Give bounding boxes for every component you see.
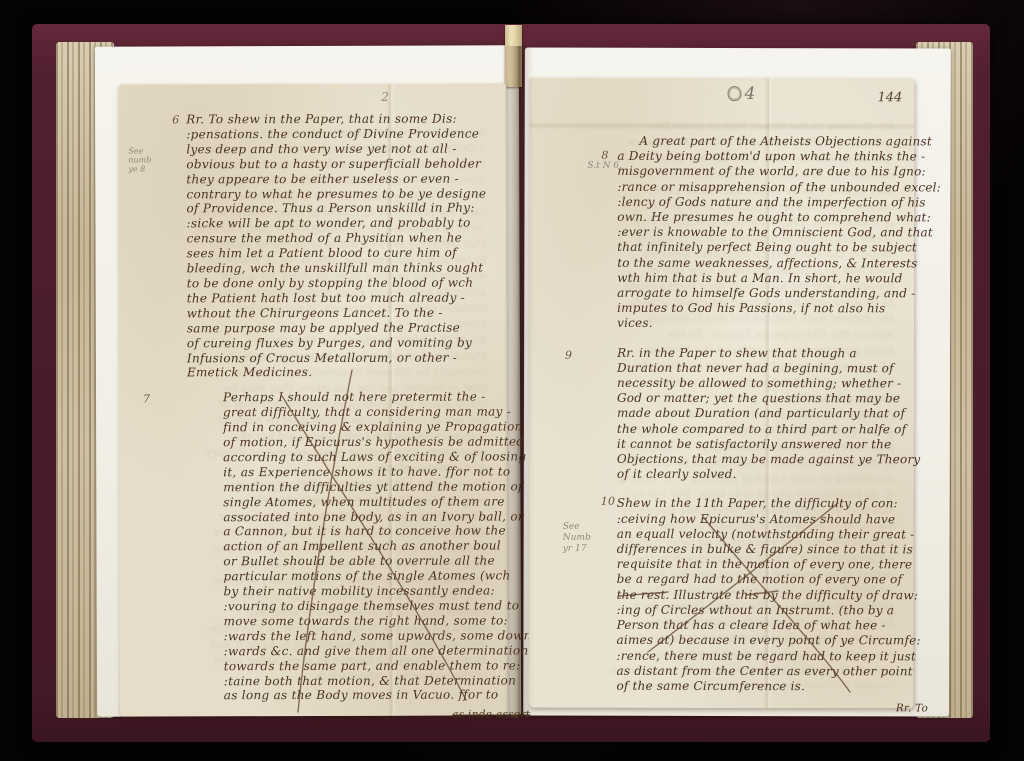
manuscript-line: :ever is knowable to the Omniscient God,… (617, 225, 941, 241)
manuscript-line: or Bullet should be able to overrule all… (223, 554, 535, 570)
manuscript-line: according to such Laws of exciting & of … (223, 449, 535, 465)
manuscript-line: misgovernment of the world, are due to h… (617, 164, 941, 180)
manuscript-line: obvious but to a hasty or superficiall b… (186, 156, 534, 172)
margin-number: 10 (601, 495, 615, 508)
manuscript-line: that infinitely perfect Being ought to b… (617, 240, 941, 256)
manuscript-line: a Deity being bottom'd upon what he thin… (617, 149, 941, 165)
manuscript-line: imputes to God his Passions, if not also… (617, 301, 941, 317)
left-manuscript-page: A great part of the Atheists Objections … (118, 83, 508, 716)
margin-number: 6 (172, 113, 179, 126)
pencil-note: S.t N 6. (587, 162, 622, 171)
manuscript-line: to the same weaknesses, affections, & In… (617, 255, 941, 271)
manuscript-line: same purpose may be applyed the Practise (187, 320, 535, 336)
manuscript-line: it, as Experience shows it to have. ffor… (223, 464, 535, 480)
manuscript-paragraph: 6Seenumbye 8Rr. To shew in the Paper, th… (186, 111, 535, 380)
catchword: as inde assert (188, 709, 536, 722)
manuscript-line: made about Duration (and particularly th… (617, 406, 941, 422)
manuscript-line: as distant from the Center as every othe… (617, 664, 941, 680)
manuscript-line: as long as the Body moves in Vacuo. ffor… (224, 688, 536, 704)
folio-number: 2 (381, 90, 389, 104)
manuscript-line: necessity be allowed to something; wheth… (617, 376, 941, 392)
manuscript-line: of Providence. Thus a Person unskilld in… (186, 201, 534, 217)
manuscript-line: vices. (617, 316, 941, 332)
manuscript-line: of motion, if Epicurus's hypothesis be a… (223, 434, 535, 450)
manuscript-line: a Cannon, but it is hard to conceive how… (223, 524, 535, 540)
manuscript-line: Perhaps I should not here pretermit the … (223, 390, 535, 406)
manuscript-line: single Atomes, when multitudes of them a… (223, 494, 535, 510)
catchword: Rr. To (616, 702, 940, 715)
manuscript-line: great difficulty, that a considering man… (223, 405, 535, 421)
manuscript-line: the rest. Illustrate this by the difficu… (617, 588, 941, 604)
manuscript-line: lyes deep and tho very wise yet not at a… (186, 141, 534, 157)
margin-number: 7 (143, 393, 150, 406)
manuscript-line: the whole compared to a third part or ha… (617, 421, 941, 437)
stamp-number: 4 (745, 84, 756, 104)
manuscript-line: contrary to what he presumes to be ye de… (186, 186, 534, 202)
manuscript-line: God or matter; yet the questions that ma… (617, 391, 941, 407)
folio-number: 144 (878, 90, 903, 105)
manuscript-line: sees him let a Patient blood to cure him… (187, 246, 535, 262)
manuscript-line: :rance or misapprehension of the unbound… (617, 179, 941, 195)
manuscript-line: Rr. To shew in the Paper, that in some D… (186, 111, 534, 127)
manuscript-line: A great part of the Atheists Objections … (617, 134, 941, 150)
manuscript-line: :lency of Gods nature and the imperfecti… (617, 195, 941, 211)
manuscript-line: action of an Impellent such as another b… (223, 539, 535, 555)
manuscript-photograph: A great part of the Atheists Objections … (0, 0, 1024, 761)
manuscript-line: find in conceiving & explaining ye Propa… (223, 420, 535, 436)
manuscript-line: Duration that never had a begining, must… (617, 361, 941, 377)
manuscript-line: Person that has a cleare Idea of what he… (617, 618, 941, 634)
library-stamp-icon (727, 85, 743, 102)
manuscript-line: move some towards the right hand, some t… (224, 613, 536, 629)
manuscript-line: own. He presumes he ought to comprehend … (617, 210, 941, 226)
manuscript-line: by their native mobility incessantly end… (223, 584, 535, 600)
manuscript-line: an equall velocity (notwthstanding their… (617, 527, 941, 543)
manuscript-line: of the same Circumference is. (616, 679, 940, 695)
manuscript-line: aimes at) because in every point of ye C… (617, 633, 941, 649)
manuscript-line: Shew in the 11th Paper, the difficulty o… (617, 496, 941, 512)
manuscript-line: of cureing fluxes by Purges, and vomitin… (187, 335, 535, 351)
manuscript-line: Objections, that may be made against ye … (617, 452, 941, 468)
manuscript-line: :rence, there must be regard had to keep… (617, 648, 941, 664)
gutter-shadow (504, 46, 534, 718)
manuscript-line: mention the difficulties yt attend the m… (223, 479, 535, 495)
right-manuscript-page: Rr. To shew in the Paper, that in some D… (528, 78, 914, 709)
library-stamp-group: 4 (728, 84, 756, 104)
manuscript-line: Emetick Medicines. (187, 365, 535, 381)
manuscript-line: be a regard had to the motion of every o… (617, 572, 941, 588)
manuscript-line: :ceiving how Epicurus's Atomes should ha… (617, 511, 941, 527)
manuscript-line: they appeare to be either useless or eve… (186, 171, 534, 187)
manuscript-line: differences in bulke & figure) since to … (617, 542, 941, 558)
manuscript-line: wthout the Chirurgeons Lancet. To the - (187, 305, 535, 321)
manuscript-line: :wards &c. and give them all one determi… (224, 643, 536, 659)
pencil-note: SeeNumbyr 17 (563, 522, 591, 555)
manuscript-text-block: 8S.t N 6.A great part of the Atheists Ob… (616, 134, 941, 715)
manuscript-line: to be done only by stopping the blood of… (187, 275, 535, 291)
manuscript-line: Rr. in the Paper to shew that though a (617, 345, 941, 361)
manuscript-line: it cannot be satisfactorily answered nor… (617, 437, 941, 453)
manuscript-paragraph: 9Rr. in the Paper to shew that though aD… (617, 345, 941, 482)
margin-number: 9 (565, 348, 572, 361)
manuscript-line: :pensations. the conduct of Divine Provi… (186, 126, 534, 142)
manuscript-line: the Patient hath lost but too much alrea… (187, 290, 535, 306)
manuscript-line: :taine both that motion, & that Determin… (224, 673, 536, 689)
manuscript-paragraph: 7Perhaps I should not here pretermit the… (187, 390, 536, 704)
manuscript-line: associated into one body, as in an Ivory… (223, 509, 535, 525)
manuscript-line: particular motions of the single Atomes … (223, 569, 535, 585)
manuscript-line: of it clearly solved. (617, 467, 941, 483)
manuscript-text-block: 6Seenumbye 8Rr. To shew in the Paper, th… (186, 111, 536, 721)
manuscript-line: arrogate to himselfe Gods understanding,… (617, 286, 941, 302)
manuscript-line: :sicke will be apt to wonder, and probab… (187, 216, 535, 232)
manuscript-paragraph: 10SeeNumbyr 17Shew in the 11th Paper, th… (616, 496, 940, 694)
manuscript-line: requisite that in the motion of every on… (617, 557, 941, 573)
manuscript-line: :vouring to disingage themselves must te… (224, 598, 536, 614)
manuscript-line: wth him that is but a Man. In short, he … (617, 271, 941, 287)
manuscript-line: :wards the left hand, some upwards, some… (224, 628, 536, 644)
manuscript-line: Infusions of Crocus Metallorum, or other… (187, 350, 535, 366)
manuscript-line: bleeding, wch the unskillfull man thinks… (187, 260, 535, 276)
pencil-note: Seenumbye 8 (128, 146, 151, 173)
manuscript-line: :ing of Circles wthout an Instrumt. (tho… (617, 603, 941, 619)
manuscript-line: censure the method of a Physitian when h… (187, 231, 535, 247)
manuscript-paragraph: 8S.t N 6.A great part of the Atheists Ob… (617, 134, 941, 332)
manuscript-line: towards the same part, and enable them t… (224, 658, 536, 674)
